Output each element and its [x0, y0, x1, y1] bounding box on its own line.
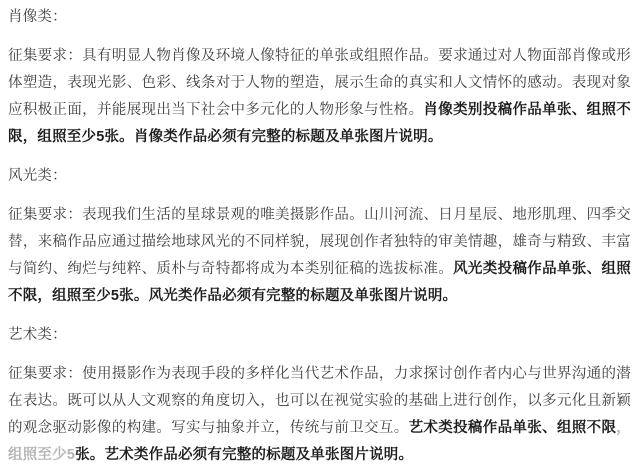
requirement-paragraph-landscape: 征集要求：表现我们生活的星球景观的唯美摄影作品。山川河流、日月星辰、地形肌理、四… [8, 202, 631, 310]
submission-rule-bold: 艺术类投稿作品单张、组照不限 [409, 420, 617, 436]
category-heading-portrait: 肖像类： [8, 4, 631, 31]
category-heading-landscape: 风光类： [8, 163, 631, 190]
section-art-category: 艺术类： 征集要求：使用摄影作为表现手段的多样化当代艺术作品，力求探讨创作者内心… [8, 322, 631, 468]
requirement-paragraph-portrait: 征集要求：具有明显人物肖像及环境人像特征的单张或组照作品。要求通过对人物面部肖像… [8, 43, 631, 151]
category-heading-art: 艺术类： [8, 322, 631, 349]
article-body: 肖像类： 征集要求：具有明显人物肖像及环境人像特征的单张或组照作品。要求通过对人… [0, 0, 640, 468]
section-portrait-category: 肖像类： 征集要求：具有明显人物肖像及环境人像特征的单张或组照作品。要求通过对人… [8, 4, 631, 151]
submission-rule-bold-continued: 张。艺术类作品必须有完整的标题及单张图片说明。 [75, 447, 413, 463]
section-landscape-category: 风光类： 征集要求：表现我们生活的星球景观的唯美摄影作品。山川河流、日月星辰、地… [8, 163, 631, 310]
requirement-paragraph-art: 征集要求：使用摄影作为表现手段的多样化当代艺术作品，力求探讨创作者内心与世界沟通… [8, 361, 631, 468]
